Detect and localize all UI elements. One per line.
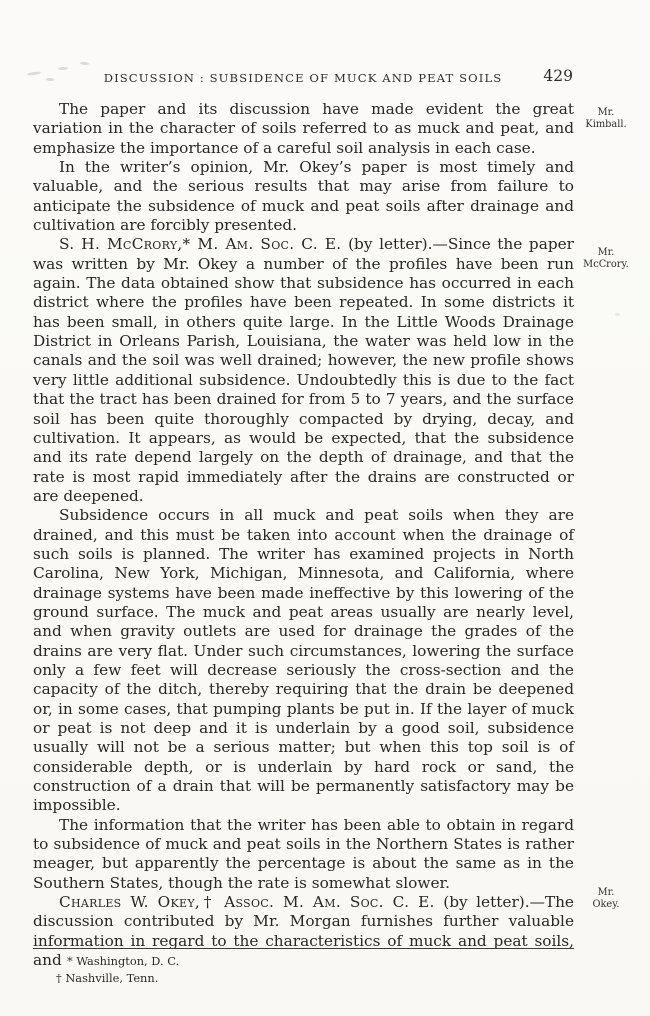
margin-note-line: Kimball. [570, 119, 642, 131]
speaker-name-okey: Charles W. Okey,† Assoc. M. Am. Soc. C. … [59, 893, 435, 911]
speaker-name-mccrory: S. H. McCrory,* M. Am. Soc. C. E. [59, 235, 341, 253]
margin-note-line: Okey. [570, 899, 642, 911]
paragraph-mccrory-3: The information that the writer has been… [33, 816, 574, 893]
scan-smudge [615, 313, 620, 316]
footnotes: * Washington, D. C. † Nashville, Tenn. [33, 953, 574, 987]
footnote-washington: * Washington, D. C. [33, 953, 574, 970]
paragraph-kimball-2: In the writer’s opinion, Mr. Okey’s pape… [33, 158, 574, 235]
paragraph-mccrory-1: S. H. McCrory,* M. Am. Soc. C. E. (by le… [33, 235, 574, 506]
body-text-column: The paper and its discussion have made e… [33, 100, 574, 970]
margin-note-line: Mr. [570, 107, 642, 119]
paragraph-kimball-1: The paper and its discussion have made e… [33, 100, 574, 158]
margin-note-line: Mr. [570, 247, 642, 259]
margin-note-okey: Mr. Okey. [570, 887, 642, 910]
paragraph-text: The paper and its discussion have made e… [33, 100, 574, 157]
scan-smudge [80, 62, 89, 66]
footnote-rule [33, 948, 574, 949]
margin-note-line: McCrory. [570, 259, 642, 271]
paragraph-text: In the writer’s opinion, Mr. Okey’s pape… [33, 158, 574, 234]
paragraph-text: The information that the writer has been… [33, 816, 574, 892]
scanned-book-page: DISCUSSION : SUBSIDENCE OF MUCK AND PEAT… [0, 0, 650, 1016]
paragraph-text: (by letter).—Since the paper was written… [33, 235, 574, 504]
margin-note-kimball: Mr. Kimball. [570, 107, 642, 130]
paragraph-text: Subsidence occurs in all muck and peat s… [33, 506, 574, 814]
page-number: 429 [33, 67, 573, 85]
margin-note-mccrory: Mr. McCrory. [570, 247, 642, 270]
margin-note-line: Mr. [570, 887, 642, 899]
footnote-nashville: † Nashville, Tenn. [33, 970, 574, 987]
paragraph-mccrory-2: Subsidence occurs in all muck and peat s… [33, 506, 574, 816]
